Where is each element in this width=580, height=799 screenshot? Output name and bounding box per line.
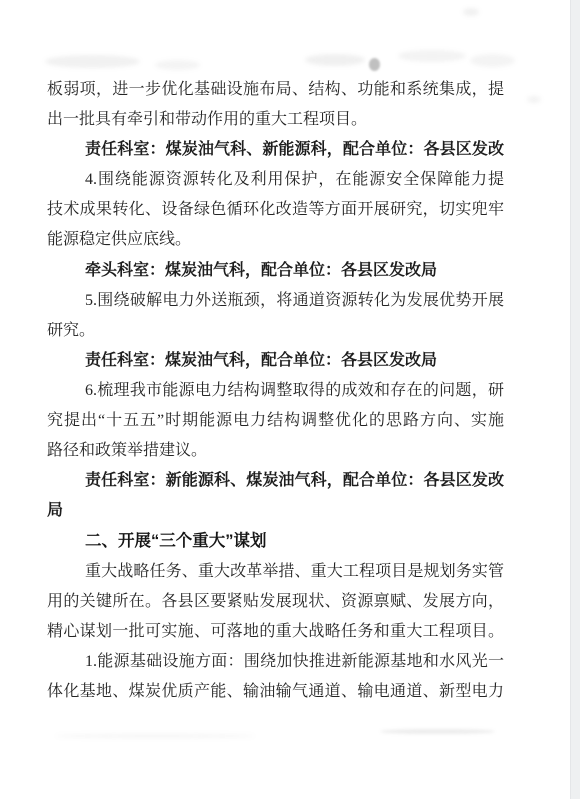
- text-line: 精心谋划一批可实施、可落地的重大战略任务和重大工程项目。: [47, 617, 504, 647]
- responsible-dept-line: 责任科室：新能源科、煤炭油气科，配合单位：各县区发改: [47, 466, 504, 496]
- document-page: 板弱项，进一步优化基础设施布局、结构、功能和系统集成，提 出一批具有牵引和带动作…: [0, 0, 580, 799]
- scan-noise-speck: [527, 96, 541, 103]
- text-line: 研究。: [47, 316, 504, 346]
- text-block: 板弱项，进一步优化基础设施布局、结构、功能和系统集成，提 出一批具有牵引和带动作…: [47, 75, 504, 707]
- scan-noise-smudge: [155, 60, 200, 70]
- text-line: 能源稳定供应底线。: [47, 225, 504, 255]
- responsible-dept-line: 责任科室：煤炭油气科、新能源科，配合单位：各县区发改局: [47, 135, 504, 165]
- responsible-dept-line: 局: [47, 496, 504, 526]
- text-line: 出一批具有牵引和带动作用的重大工程项目。: [47, 105, 504, 135]
- scan-noise-smudge: [398, 50, 466, 62]
- text-line: 4.围绕能源资源转化及利用保护，在能源安全保障能力提升、: [47, 165, 504, 195]
- section-heading: 二、开展“三个重大”谋划: [47, 526, 504, 556]
- scan-noise-speck: [463, 8, 479, 16]
- text-line: 板弱项，进一步优化基础设施布局、结构、功能和系统集成，提: [47, 75, 504, 105]
- text-line: 6.梳理我市能源电力结构调整取得的成效和存在的问题，研: [47, 376, 504, 406]
- scan-noise-smudge: [470, 54, 515, 67]
- text-line: 1.能源基础设施方面：围绕加快推进新能源基地和水风光一: [47, 647, 504, 677]
- scan-noise-smudge: [305, 54, 365, 66]
- text-line: 重大战略任务、重大改革举措、重大工程项目是规划务实管: [47, 557, 504, 587]
- text-line: 用的关键所在。各县区要紧贴发展现状、资源禀赋、发展方向，: [47, 587, 504, 617]
- text-line: 5.围绕破解电力外送瓶颈，将通道资源转化为发展优势开展: [47, 286, 504, 316]
- scan-noise-smudge: [45, 55, 140, 68]
- text-line: 究提出“十五五”时期能源电力结构调整优化的思路方向、实施: [47, 406, 504, 436]
- scan-noise-speck: [369, 58, 380, 71]
- text-line: 体化基地、煤炭优质产能、输油输气通道、输电通道、新型电力: [47, 677, 504, 707]
- responsible-dept-line: 牵头科室：煤炭油气科，配合单位：各县区发改局: [47, 256, 504, 286]
- scan-edge-strip: [570, 0, 580, 799]
- text-line: 路径和政策举措建议。: [47, 436, 504, 466]
- scan-noise-smudge: [55, 734, 255, 738]
- responsible-dept-line: 责任科室：煤炭油气科，配合单位：各县区发改局: [47, 346, 504, 376]
- scan-noise-smudge: [380, 729, 495, 734]
- text-line: 技术成果转化、设备绿色循环化改造等方面开展研究，切实兜牢: [47, 195, 504, 225]
